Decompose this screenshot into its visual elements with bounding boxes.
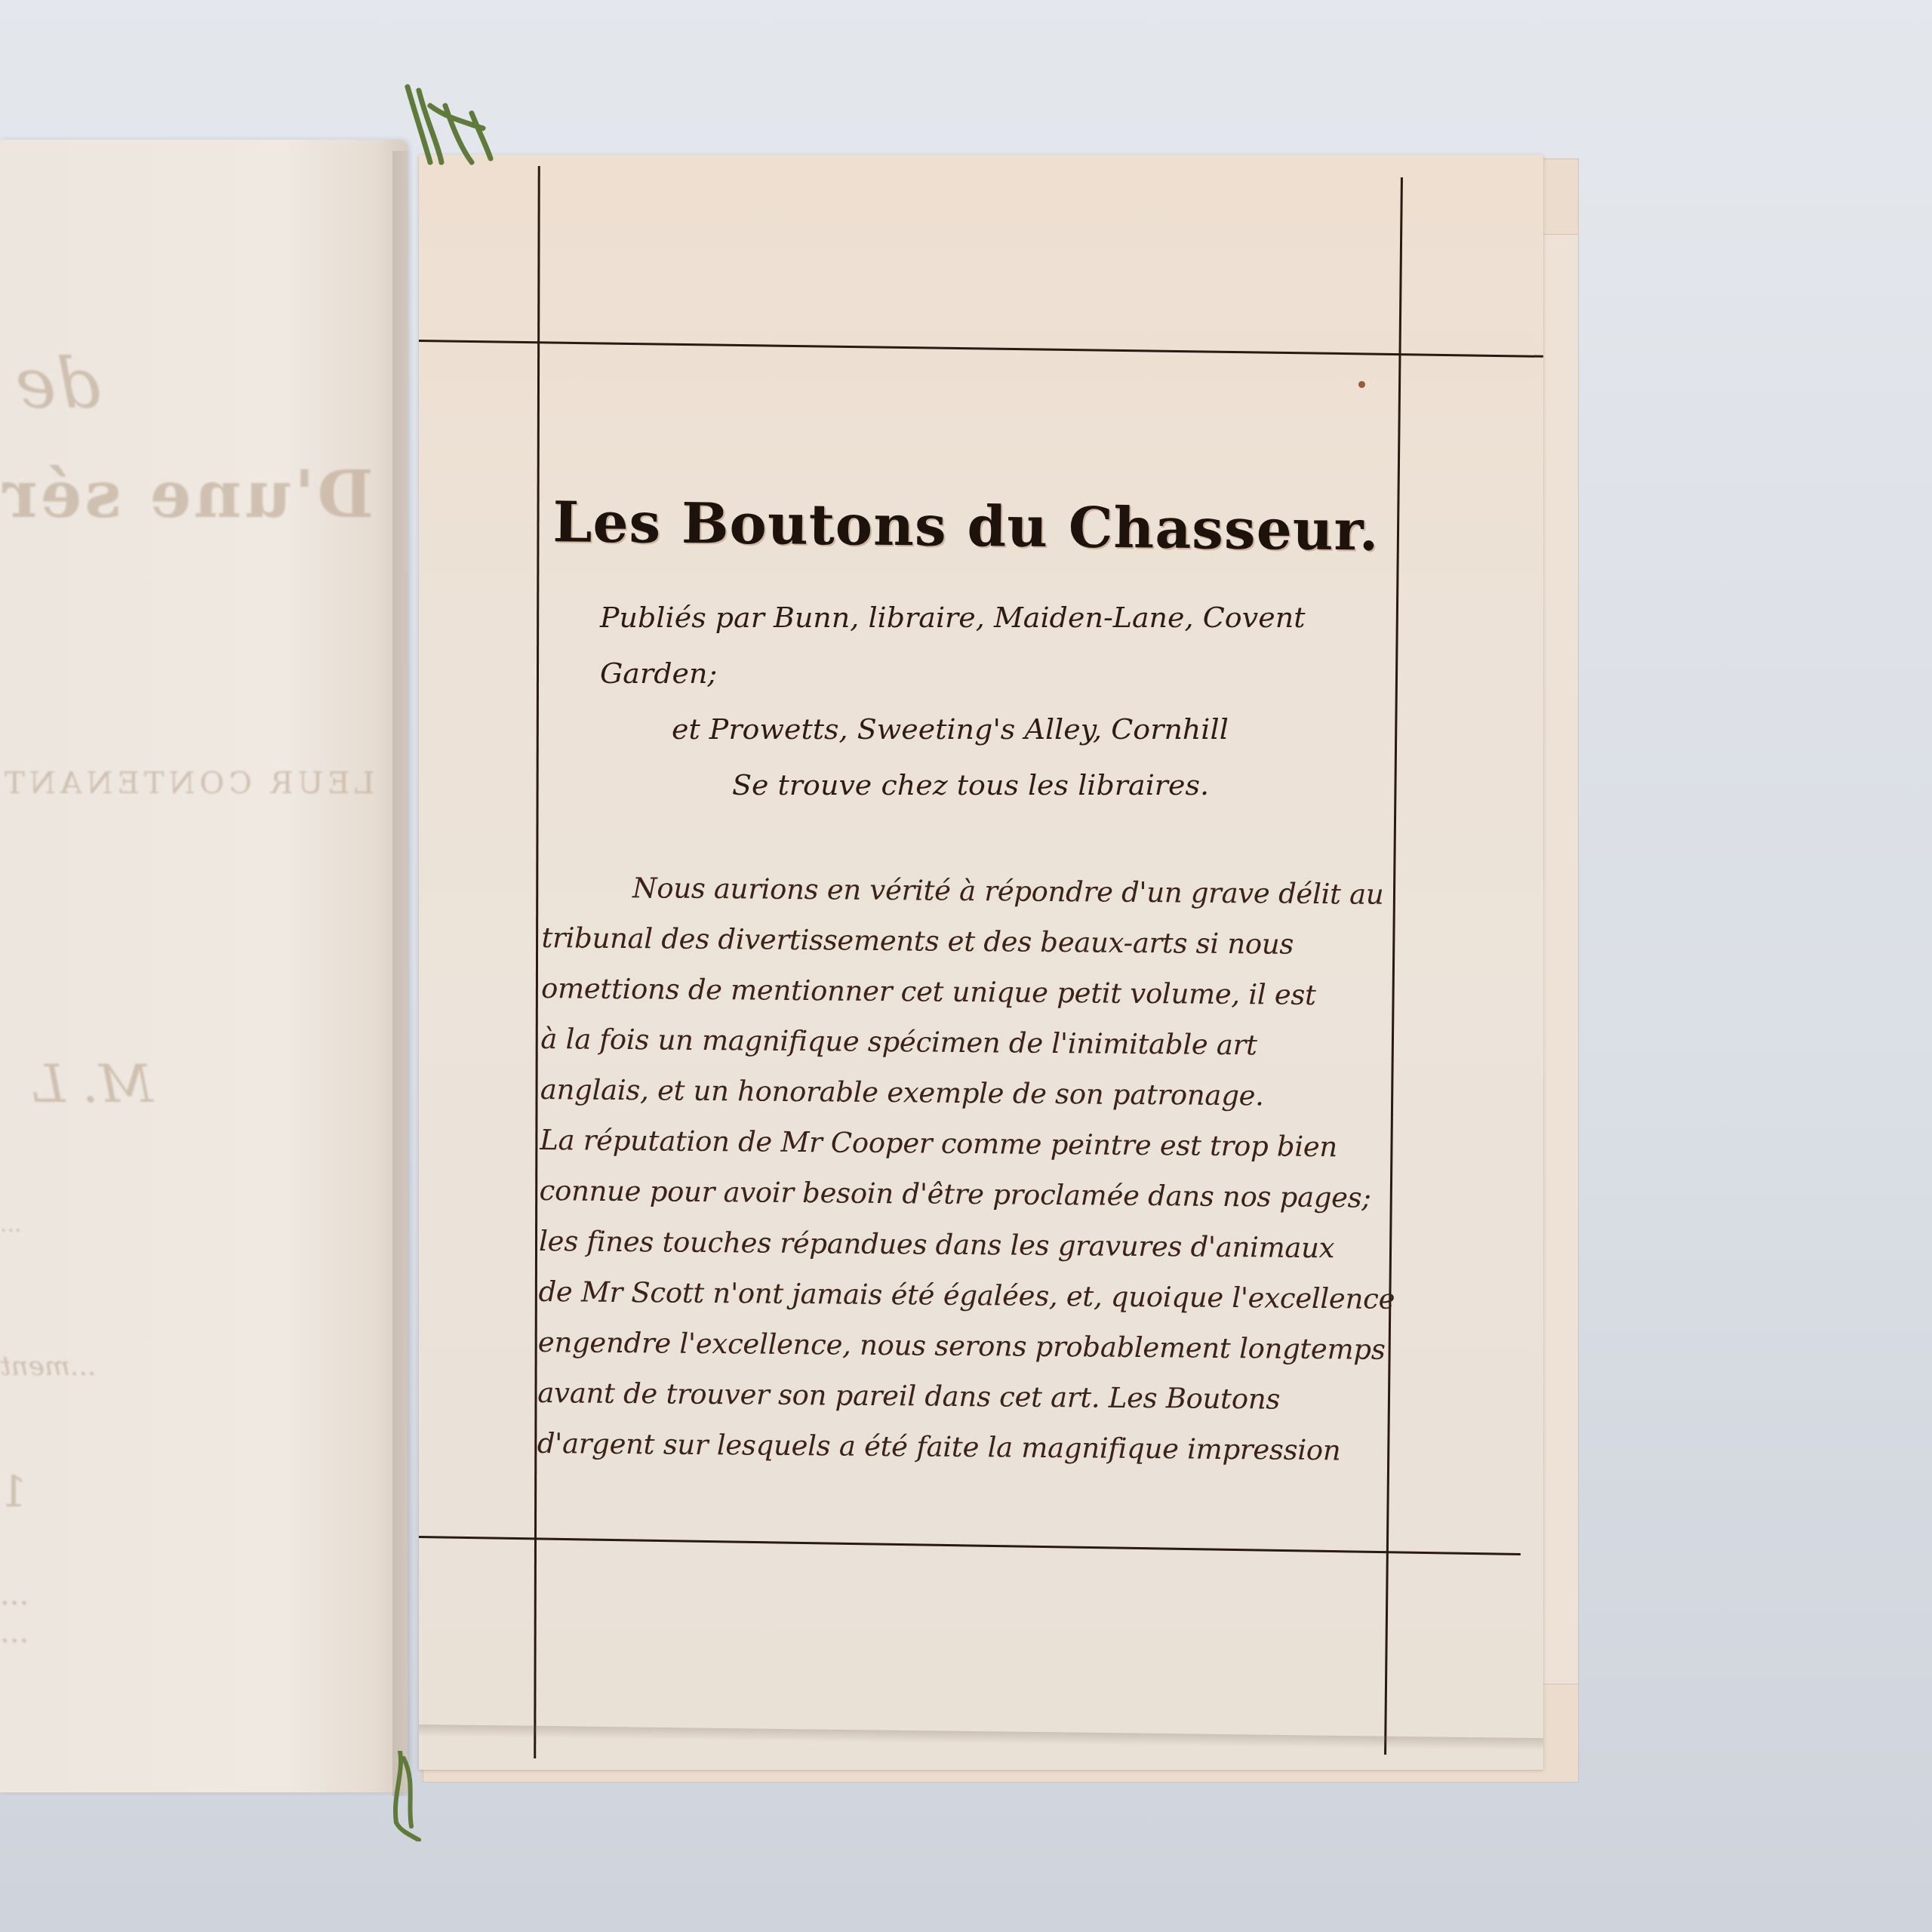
show-through-text: ...ment xyxy=(0,1351,96,1382)
manuscript-content: Les Boutons du Chasseur. Publiés par Bun… xyxy=(540,494,1392,1472)
body-line: omettions de mentionner cet unique petit… xyxy=(541,963,1395,1021)
body-line: à la fois un magnifique spécimen de l'in… xyxy=(540,1014,1394,1072)
binding-thread-top xyxy=(400,83,513,166)
ink-spot xyxy=(1358,381,1365,388)
imprint-line: et Prowetts, Sweeting's Alley, Cornhill xyxy=(540,701,1392,757)
book-gutter-shadow xyxy=(392,151,423,1796)
body-line: Nous aurions en vérité à répondre d'un g… xyxy=(542,862,1395,920)
manuscript-page: Les Boutons du Chasseur. Publiés par Bun… xyxy=(419,155,1543,1770)
binding-thread-bottom xyxy=(385,1751,438,1841)
body-line: d'argent sur lesquels a été faite la mag… xyxy=(537,1418,1391,1476)
body-line: anglais, et un honorable exemple de son … xyxy=(540,1064,1394,1122)
body-line: avant de trouver son pareil dans cet art… xyxy=(537,1367,1391,1426)
show-through-text: ... xyxy=(0,1577,29,1612)
page-edge-fold xyxy=(419,1724,1543,1750)
body-line: La réputation de Mr Cooper comme peintre… xyxy=(540,1115,1393,1173)
left-page: de D'une sér LEUR CONTENANT M. L ... ...… xyxy=(0,140,408,1792)
show-through-text: ... xyxy=(0,1615,29,1650)
body-line: de Mr Scott n'ont jamais été égalées, et… xyxy=(538,1266,1392,1324)
show-through-text: M. L xyxy=(30,1053,153,1115)
imprint-block: Publiés par Bunn, libraire, Maiden-Lane,… xyxy=(540,589,1392,813)
body-paragraph: Nous aurions en vérité à répondre d'un g… xyxy=(537,862,1395,1476)
imprint-line: Se trouve chez tous les libraires. xyxy=(540,757,1392,813)
show-through-text: D'une sér xyxy=(0,457,374,533)
margin-rule-top xyxy=(419,340,1543,358)
show-through-text: LEUR CONTENANT xyxy=(0,766,374,801)
show-through-text: de xyxy=(15,343,100,424)
body-line: tribunal des divertissements et des beau… xyxy=(541,912,1395,971)
show-through-text: ... xyxy=(0,1211,22,1238)
imprint-line: Publiés par Bunn, libraire, Maiden-Lane,… xyxy=(540,589,1392,701)
manuscript-title: Les Boutons du Chasseur. xyxy=(540,490,1393,564)
margin-rule-bottom xyxy=(419,1536,1521,1555)
show-through-text: 1 xyxy=(0,1468,27,1517)
body-line: engendre l'excellence, nous serons proba… xyxy=(538,1317,1392,1375)
body-line: connue pour avoir besoin d'être proclamé… xyxy=(539,1165,1392,1223)
body-line: les fines touches répandues dans les gra… xyxy=(539,1216,1392,1274)
